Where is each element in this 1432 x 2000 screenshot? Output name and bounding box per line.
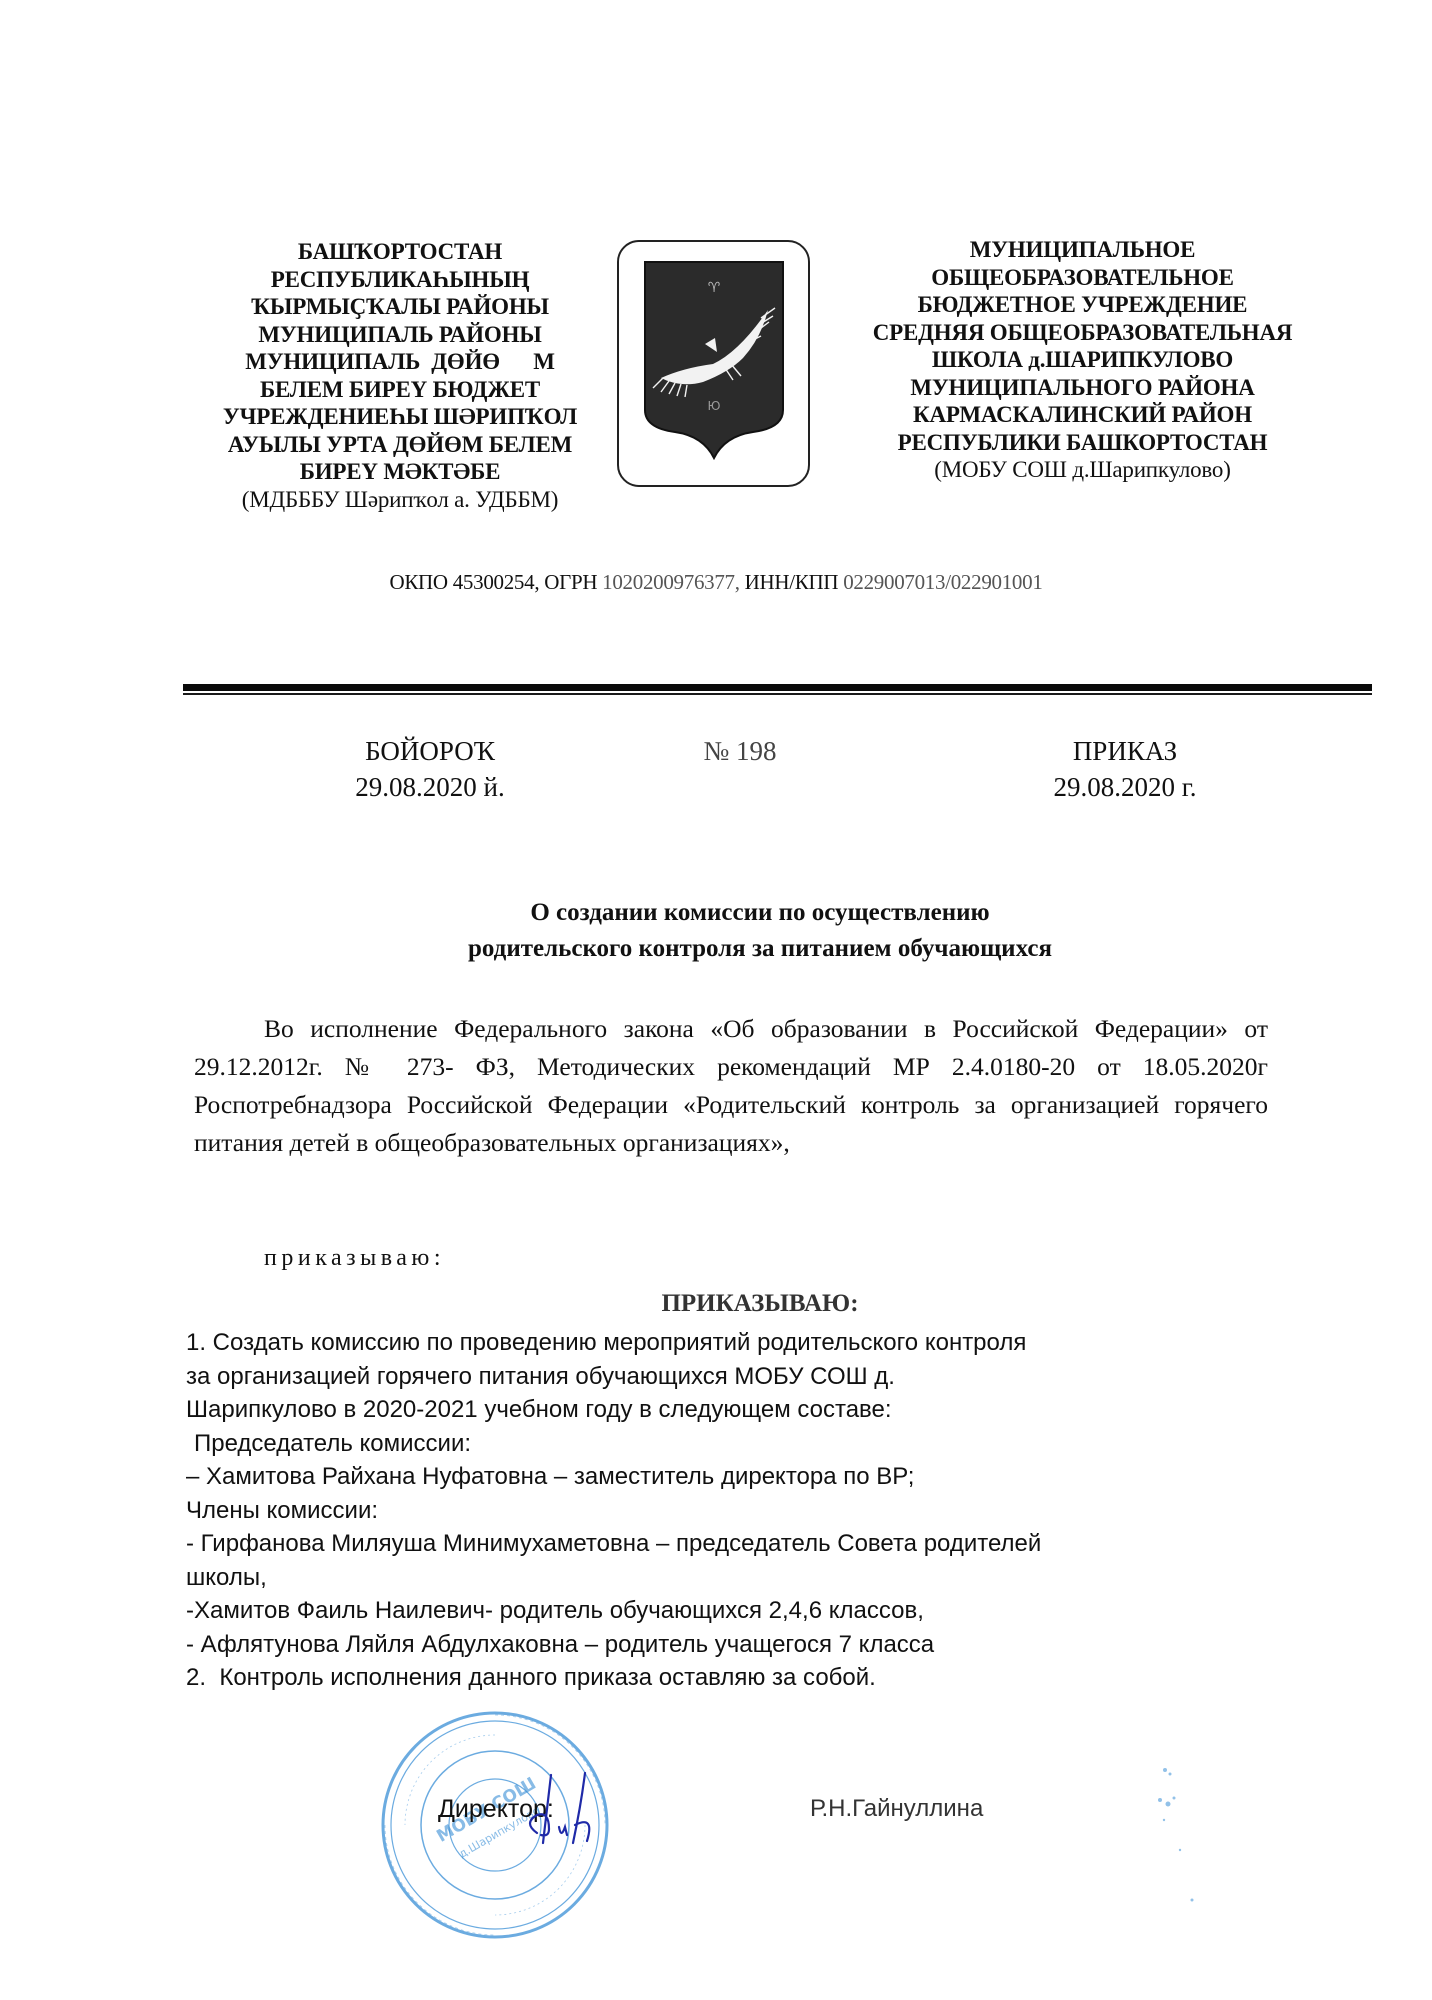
header-line: ОБЩЕОБРАЗОВАТЕЛЬНОЕ <box>825 264 1340 292</box>
header-line: УЧРЕЖДЕНИЕҺЫ ШӘРИПҠОЛ <box>190 403 610 431</box>
ogrn-code: 1020200976377, <box>602 570 740 594</box>
commission-member: - Гирфанова Миляуша Минимухаметовна – пр… <box>186 1527 1306 1561</box>
order-item-line: Шарипкулово в 2020-2021 учебном году в с… <box>186 1393 1306 1427</box>
order-word-russian: ПРИКАЗ <box>1000 733 1250 769</box>
header-line: РЕСПУБЛИКАҺЫНЫҢ <box>190 266 610 294</box>
title-line: родительского контроля за питанием обуча… <box>260 931 1260 967</box>
header-line: БЕЛЕМ БИРЕҮ БЮДЖЕТ <box>190 376 610 404</box>
svg-text:♈: ♈ <box>708 280 721 296</box>
commission-member: -Хамитов Фаиль Наилевич- родитель обучаю… <box>186 1594 1306 1628</box>
order-date-russian: 29.08.2020 г. <box>1000 769 1250 805</box>
commission-members-heading: Члены комиссии: <box>186 1494 1306 1528</box>
header-line: БИРЕҮ МӘКТӘБЕ <box>190 458 610 486</box>
preamble-paragraph: Во исполнение Федерального закона «Об об… <box>194 1010 1268 1162</box>
order-number: № 198 <box>660 733 820 769</box>
organization-codes: ОКПО 45300254, ОГРН 1020200976377, ИНН/К… <box>200 570 1232 595</box>
header-divider-thin <box>183 693 1372 695</box>
director-name: Р.Н.Гайнуллина <box>810 1795 983 1823</box>
signature-icon <box>515 1765 635 1865</box>
order-item-line: 1. Создать комиссию по проведению меропр… <box>186 1326 1306 1360</box>
order-heading: ПРИКАЗЫВАЮ: <box>400 1290 1120 1318</box>
header-line: СРЕДНЯЯ ОБЩЕОБРАЗОВАТЕЛЬНАЯ <box>825 319 1340 347</box>
header-abbreviation: (МДБББУ Шәрипҡол а. УДББМ) <box>190 486 610 514</box>
header-line: БАШҠОРТОСТАН <box>190 238 610 266</box>
header-line: ШКОЛА д.ШАРИПКУЛОВО <box>825 346 1340 374</box>
header-bashkir-block: БАШҠОРТОСТАН РЕСПУБЛИКАҺЫНЫҢ ҠЫРМЫҪҠАЛЫ … <box>190 238 610 513</box>
title-line: О создании комиссии по осуществлению <box>260 895 1260 931</box>
order-meta-bashkir: БОЙОРОҠ 29.08.2020 й. <box>305 733 555 805</box>
order-item-line: 2. Контроль исполнения данного приказа о… <box>186 1661 1306 1695</box>
header-line: МУНИЦИПАЛЬ РАЙОНЫ <box>190 321 610 349</box>
header-line: ҠЫРМЫҪҠАЛЫ РАЙОНЫ <box>190 293 610 321</box>
order-meta-russian: ПРИКАЗ 29.08.2020 г. <box>1000 733 1250 805</box>
header-line: МУНИЦИПАЛЬНОГО РАЙОНА <box>825 374 1340 402</box>
header-line: МУНИЦИПАЛЬ ДӨЙӨ М <box>190 348 610 376</box>
header-line: МУНИЦИПАЛЬНОЕ <box>825 236 1340 264</box>
header-russian-block: МУНИЦИПАЛЬНОЕ ОБЩЕОБРАЗОВАТЕЛЬНОЕ БЮДЖЕТ… <box>825 236 1340 484</box>
order-date-bashkir: 29.08.2020 й. <box>305 769 555 805</box>
order-items: 1. Создать комиссию по проведению меропр… <box>186 1326 1306 1695</box>
commission-chair: – Хамитова Райхана Нуфатовна – заместите… <box>186 1460 1306 1494</box>
ogrn-label: ОГРН <box>544 570 597 594</box>
handwritten-signature <box>515 1765 635 1870</box>
commission-member: - Афлятунова Ляйля Абдулхаковна – родите… <box>186 1628 1306 1662</box>
header-line: КАРМАСКАЛИНСКИЙ РАЙОН <box>825 401 1340 429</box>
header-line: БЮДЖЕТНОЕ УЧРЕЖДЕНИЕ <box>825 291 1340 319</box>
commission-chair-heading: Председатель комиссии: <box>186 1427 1306 1461</box>
order-word-bashkir: БОЙОРОҠ <box>305 733 555 769</box>
order-item-line: за организацией горячего питания обучающ… <box>186 1360 1306 1394</box>
eagle-shield-icon: ♈ Ю <box>643 260 785 460</box>
commission-member-continued: школы, <box>186 1561 1306 1595</box>
svg-text:Ю: Ю <box>708 399 721 413</box>
scan-artifacts <box>1140 1750 1200 1915</box>
ink-speck-icon <box>1140 1750 1200 1910</box>
coat-of-arms-emblem: ♈ Ю <box>617 240 810 487</box>
document-title: О создании комиссии по осуществлению род… <box>260 895 1260 967</box>
header-line: АУЫЛЫ УРТА ДӨЙӨМ БЕЛЕМ <box>190 431 610 459</box>
okpo-code: ОКПО 45300254, <box>389 570 539 594</box>
header-abbreviation: (МОБУ СОШ д.Шарипкулово) <box>825 456 1340 484</box>
inn-kpp-label: ИНН/КПП <box>745 570 839 594</box>
inn-kpp-code: 0229007013/022901001 <box>843 570 1042 594</box>
header-divider-thick <box>183 684 1372 691</box>
order-verb: приказываю: <box>264 1245 445 1272</box>
header-line: РЕСПУБЛИКИ БАШКОРТОСТАН <box>825 429 1340 457</box>
